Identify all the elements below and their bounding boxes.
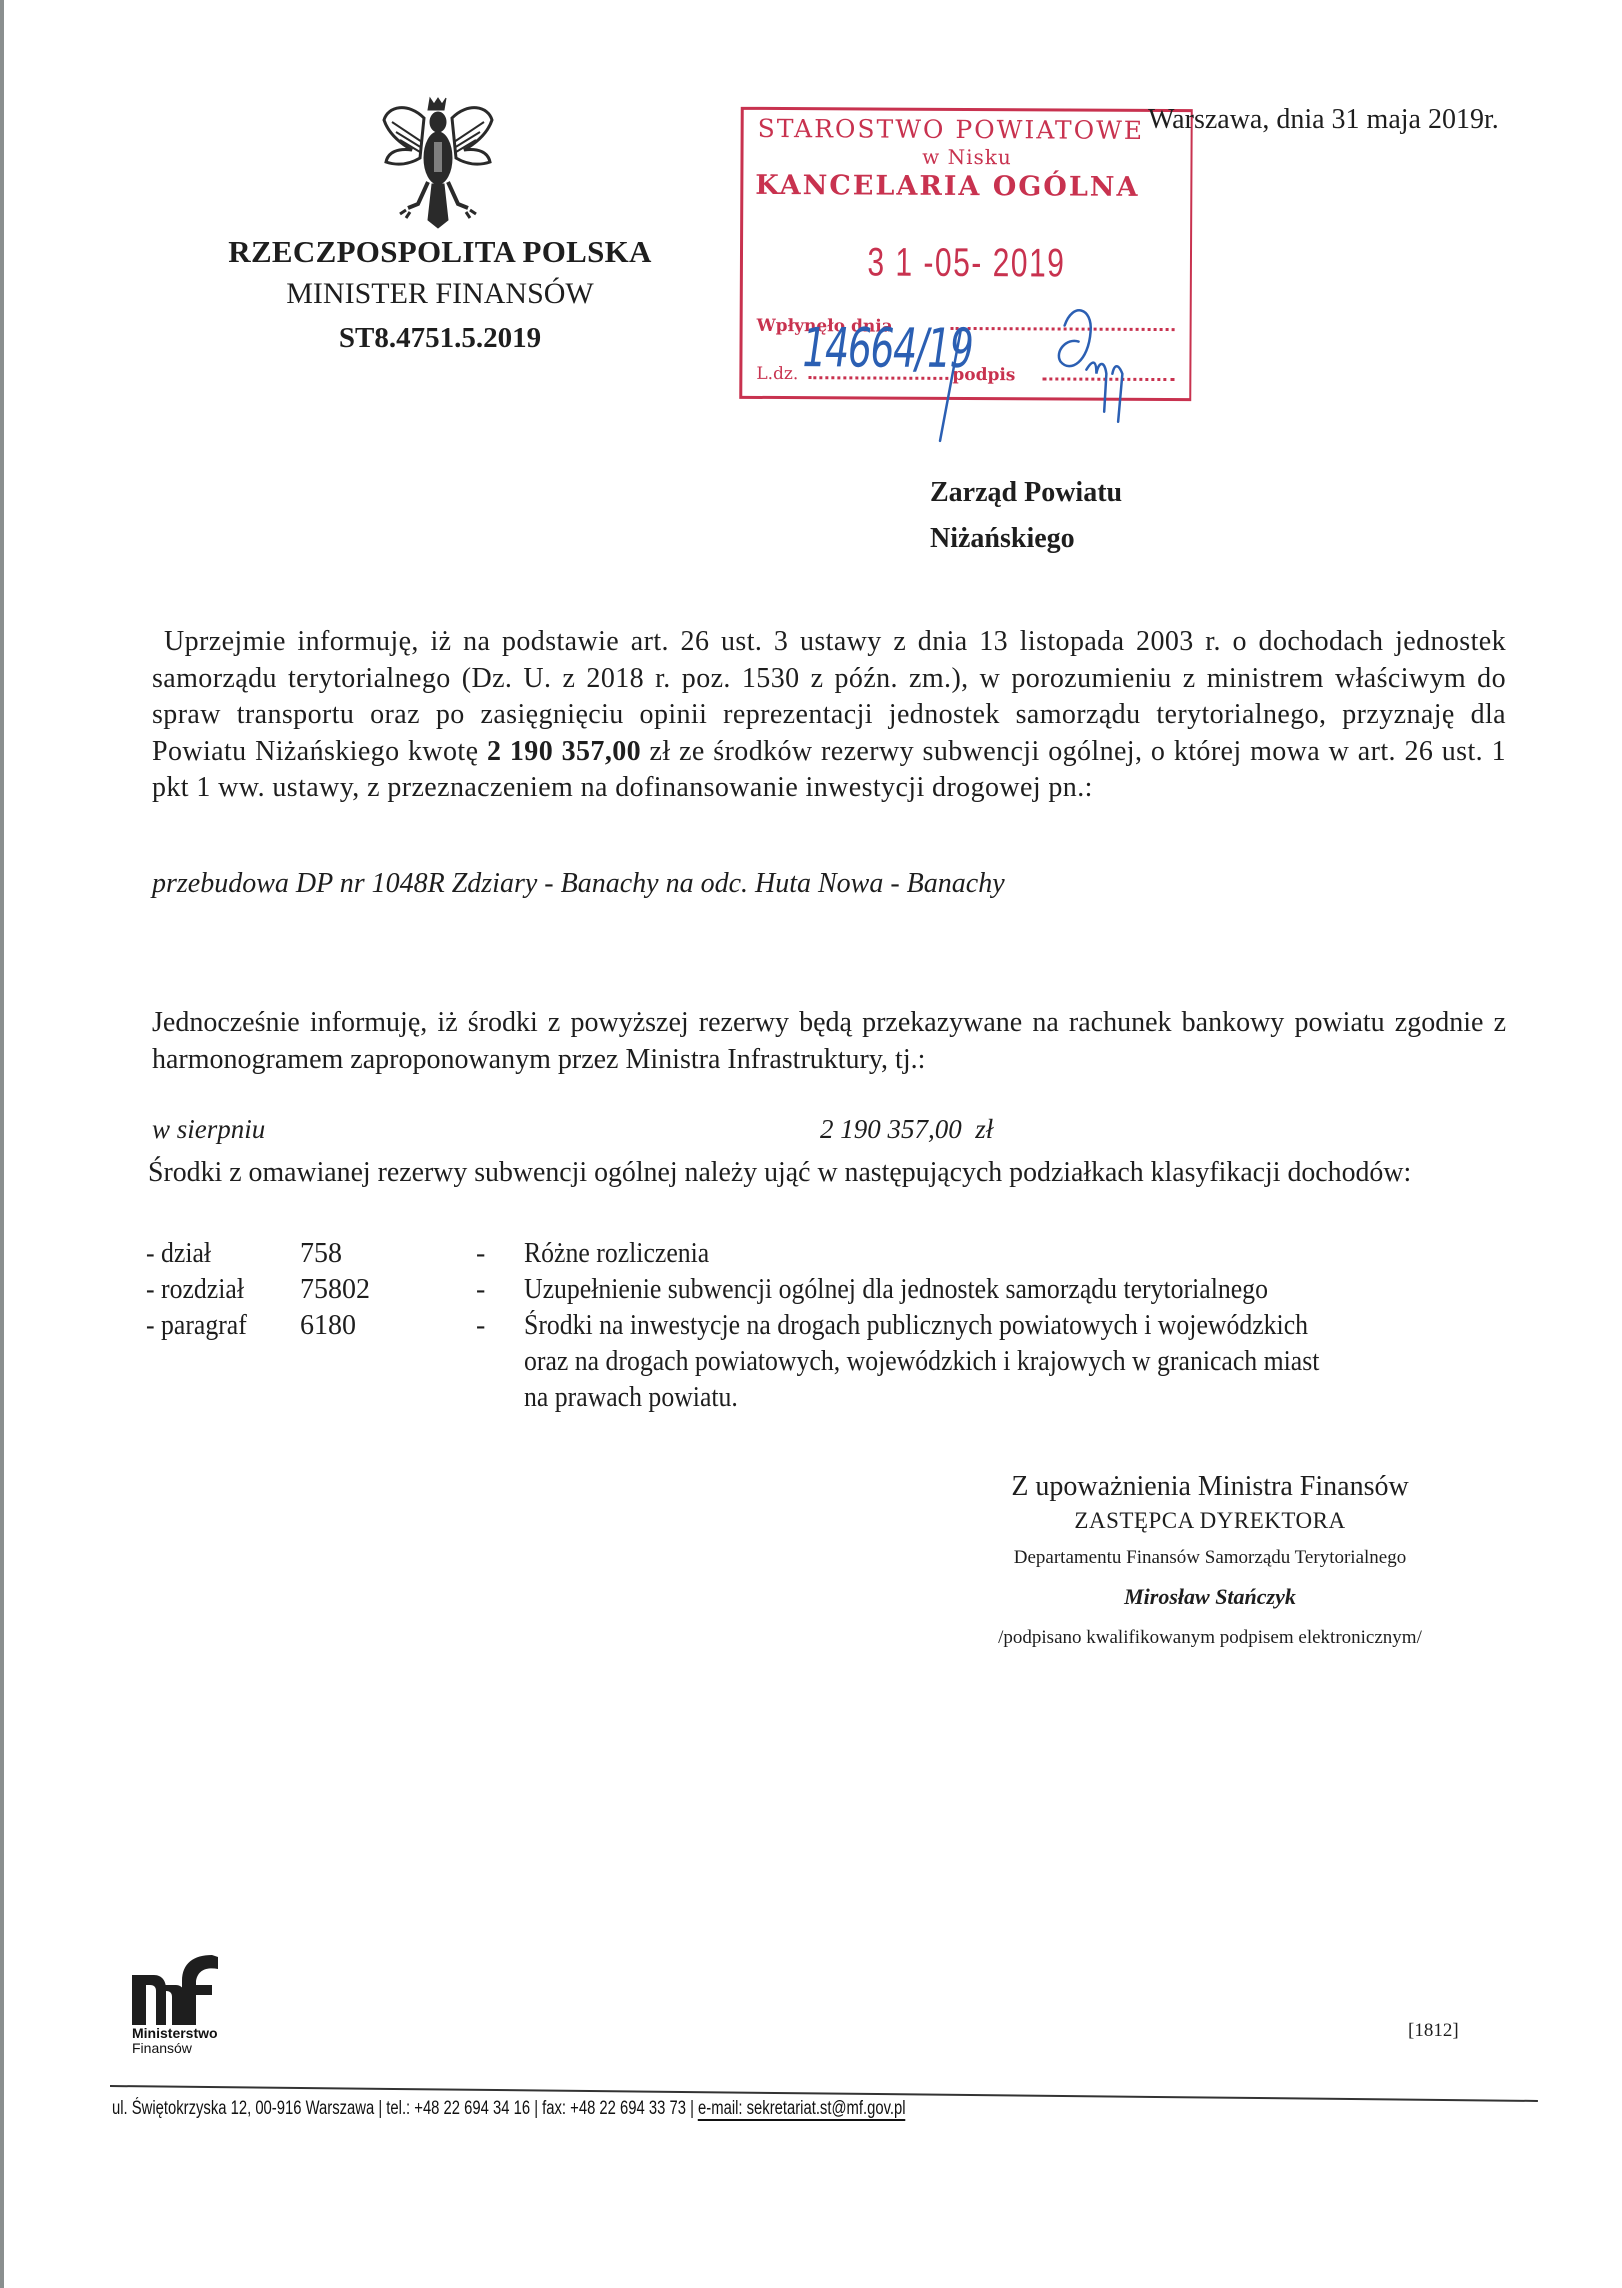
signature-department: Departamentu Finansów Samorządu Terytori… [940, 1542, 1480, 1574]
description-line: oraz na drogach powiatowych, wojewódzkic… [524, 1344, 1380, 1380]
classification-description: Różne rozliczenia [524, 1236, 1380, 1272]
footer-contact: ul. Świętokrzyska 12, 00-916 Warszawa | … [112, 2098, 906, 2120]
description-line: Uzupełnienie subwencji ogólnej dla jedno… [524, 1272, 1380, 1308]
classification-kind: - dział [146, 1236, 288, 1272]
classification-kind: - rozdział [146, 1272, 288, 1308]
ministry-name-line1: Ministerstwo [132, 2025, 218, 2041]
paragraph-schedule: Jednocześnie informuję, iż środki z powy… [152, 1004, 1506, 1078]
minister-title: MINISTER FINANSÓW [160, 272, 720, 316]
classification-description: Środki na inwestycje na drogach publiczn… [524, 1308, 1380, 1416]
addressee-line2: Niżańskiego [930, 516, 1122, 562]
classification-kind: - paragraf [146, 1308, 288, 1416]
addressee: Zarząd Powiatu Niżańskiego [930, 470, 1122, 562]
grant-amount: 2 190 357,00 [487, 736, 641, 767]
polish-eagle-emblem-icon [378, 92, 498, 232]
mf-logo-icon [132, 1955, 222, 2025]
classification-table: - dział 758 - Różne rozliczenia - rozdzi… [146, 1236, 1454, 1416]
classification-code: 75802 [300, 1272, 476, 1308]
schedule-amount: 2 190 357,00 zł [820, 1114, 993, 1145]
letterhead: RZECZPOSPOLITA POLSKA MINISTER FINANSÓW … [160, 232, 720, 360]
classification-row: - rozdział 75802 - Uzupełnienie subwencj… [146, 1272, 1454, 1308]
description-line: Środki na inwestycje na drogach publiczn… [524, 1308, 1380, 1344]
project-name: przebudowa DP nr 1048R Zdziary - Banachy… [152, 868, 1005, 900]
place-and-date: Warszawa, dnia 31 maja 2019r. [1148, 104, 1499, 136]
footer-address: ul. Świętokrzyska 12, 00-916 Warszawa | … [112, 2098, 698, 2119]
handwritten-initials-icon [742, 110, 1196, 412]
addressee-line1: Zarząd Powiatu [930, 470, 1122, 516]
paragraph-classification: Środki z omawianej rezerwy subwencji ogó… [148, 1154, 1425, 1190]
ministry-name: Ministerstwo Finansów [132, 2026, 218, 2056]
description-line: Różne rozliczenia [524, 1236, 1380, 1272]
signature-title: ZASTĘPCA DYREKTORA [940, 1506, 1480, 1536]
signatory-name: Mirosław Stańczyk [940, 1578, 1480, 1616]
classification-dash: - [476, 1308, 524, 1416]
classification-dash: - [476, 1272, 524, 1308]
classification-code: 6180 [300, 1308, 476, 1416]
paragraph-grant: Uprzejmie informuję, iż na podstawie art… [152, 624, 1506, 807]
country-name: RZECZPOSPOLITA POLSKA [160, 232, 720, 272]
classification-row: - dział 758 - Różne rozliczenia [146, 1236, 1454, 1272]
signature-note: /podpisano kwalifikowanym podpisem elekt… [940, 1622, 1480, 1654]
classification-code: 758 [300, 1236, 476, 1272]
classification-description: Uzupełnienie subwencji ogólnej dla jedno… [524, 1272, 1380, 1308]
signature-block: Z upoważnienia Ministra Finansów ZASTĘPC… [940, 1468, 1480, 1654]
scan-edge [0, 0, 4, 2288]
classification-row: - paragraf 6180 - Środki na inwestycje n… [146, 1308, 1454, 1416]
signature-authorization: Z upoważnienia Ministra Finansów [940, 1468, 1480, 1506]
document-code: [1812] [1408, 2020, 1459, 2042]
reference-number: ST8.4751.5.2019 [160, 316, 720, 360]
schedule-month: w sierpniu [152, 1114, 265, 1145]
footer-email-link[interactable]: e-mail: sekretariat.st@mf.gov.pl [698, 2098, 905, 2121]
registry-stamp: STAROSTWO POWIATOWE w Nisku KANCELARIA O… [739, 107, 1193, 401]
description-line: na prawach powiatu. [524, 1380, 1380, 1416]
classification-dash: - [476, 1236, 524, 1272]
ministry-name-line2: Finansów [132, 2040, 192, 2056]
